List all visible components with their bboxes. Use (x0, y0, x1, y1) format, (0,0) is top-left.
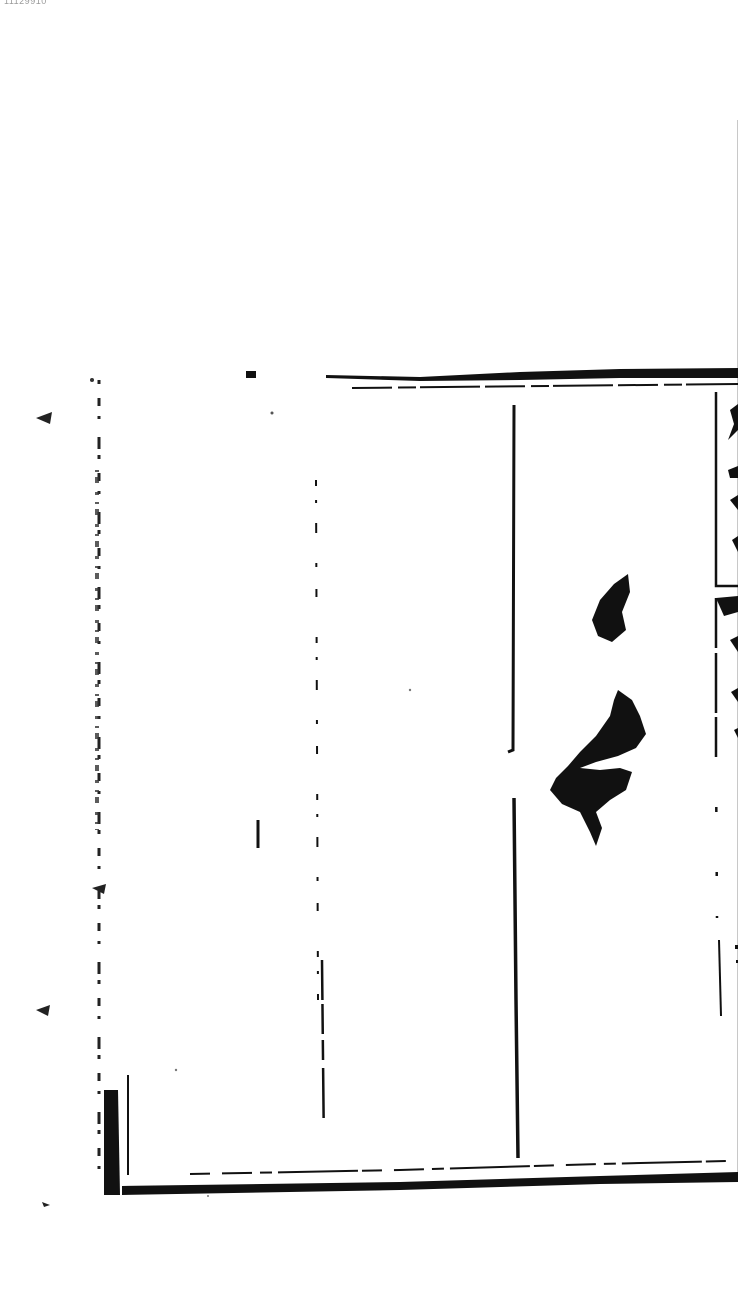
ink-character-fragment (592, 574, 630, 642)
scanned-page: 11129910 (0, 0, 750, 1311)
top-border (0, 0, 750, 1311)
